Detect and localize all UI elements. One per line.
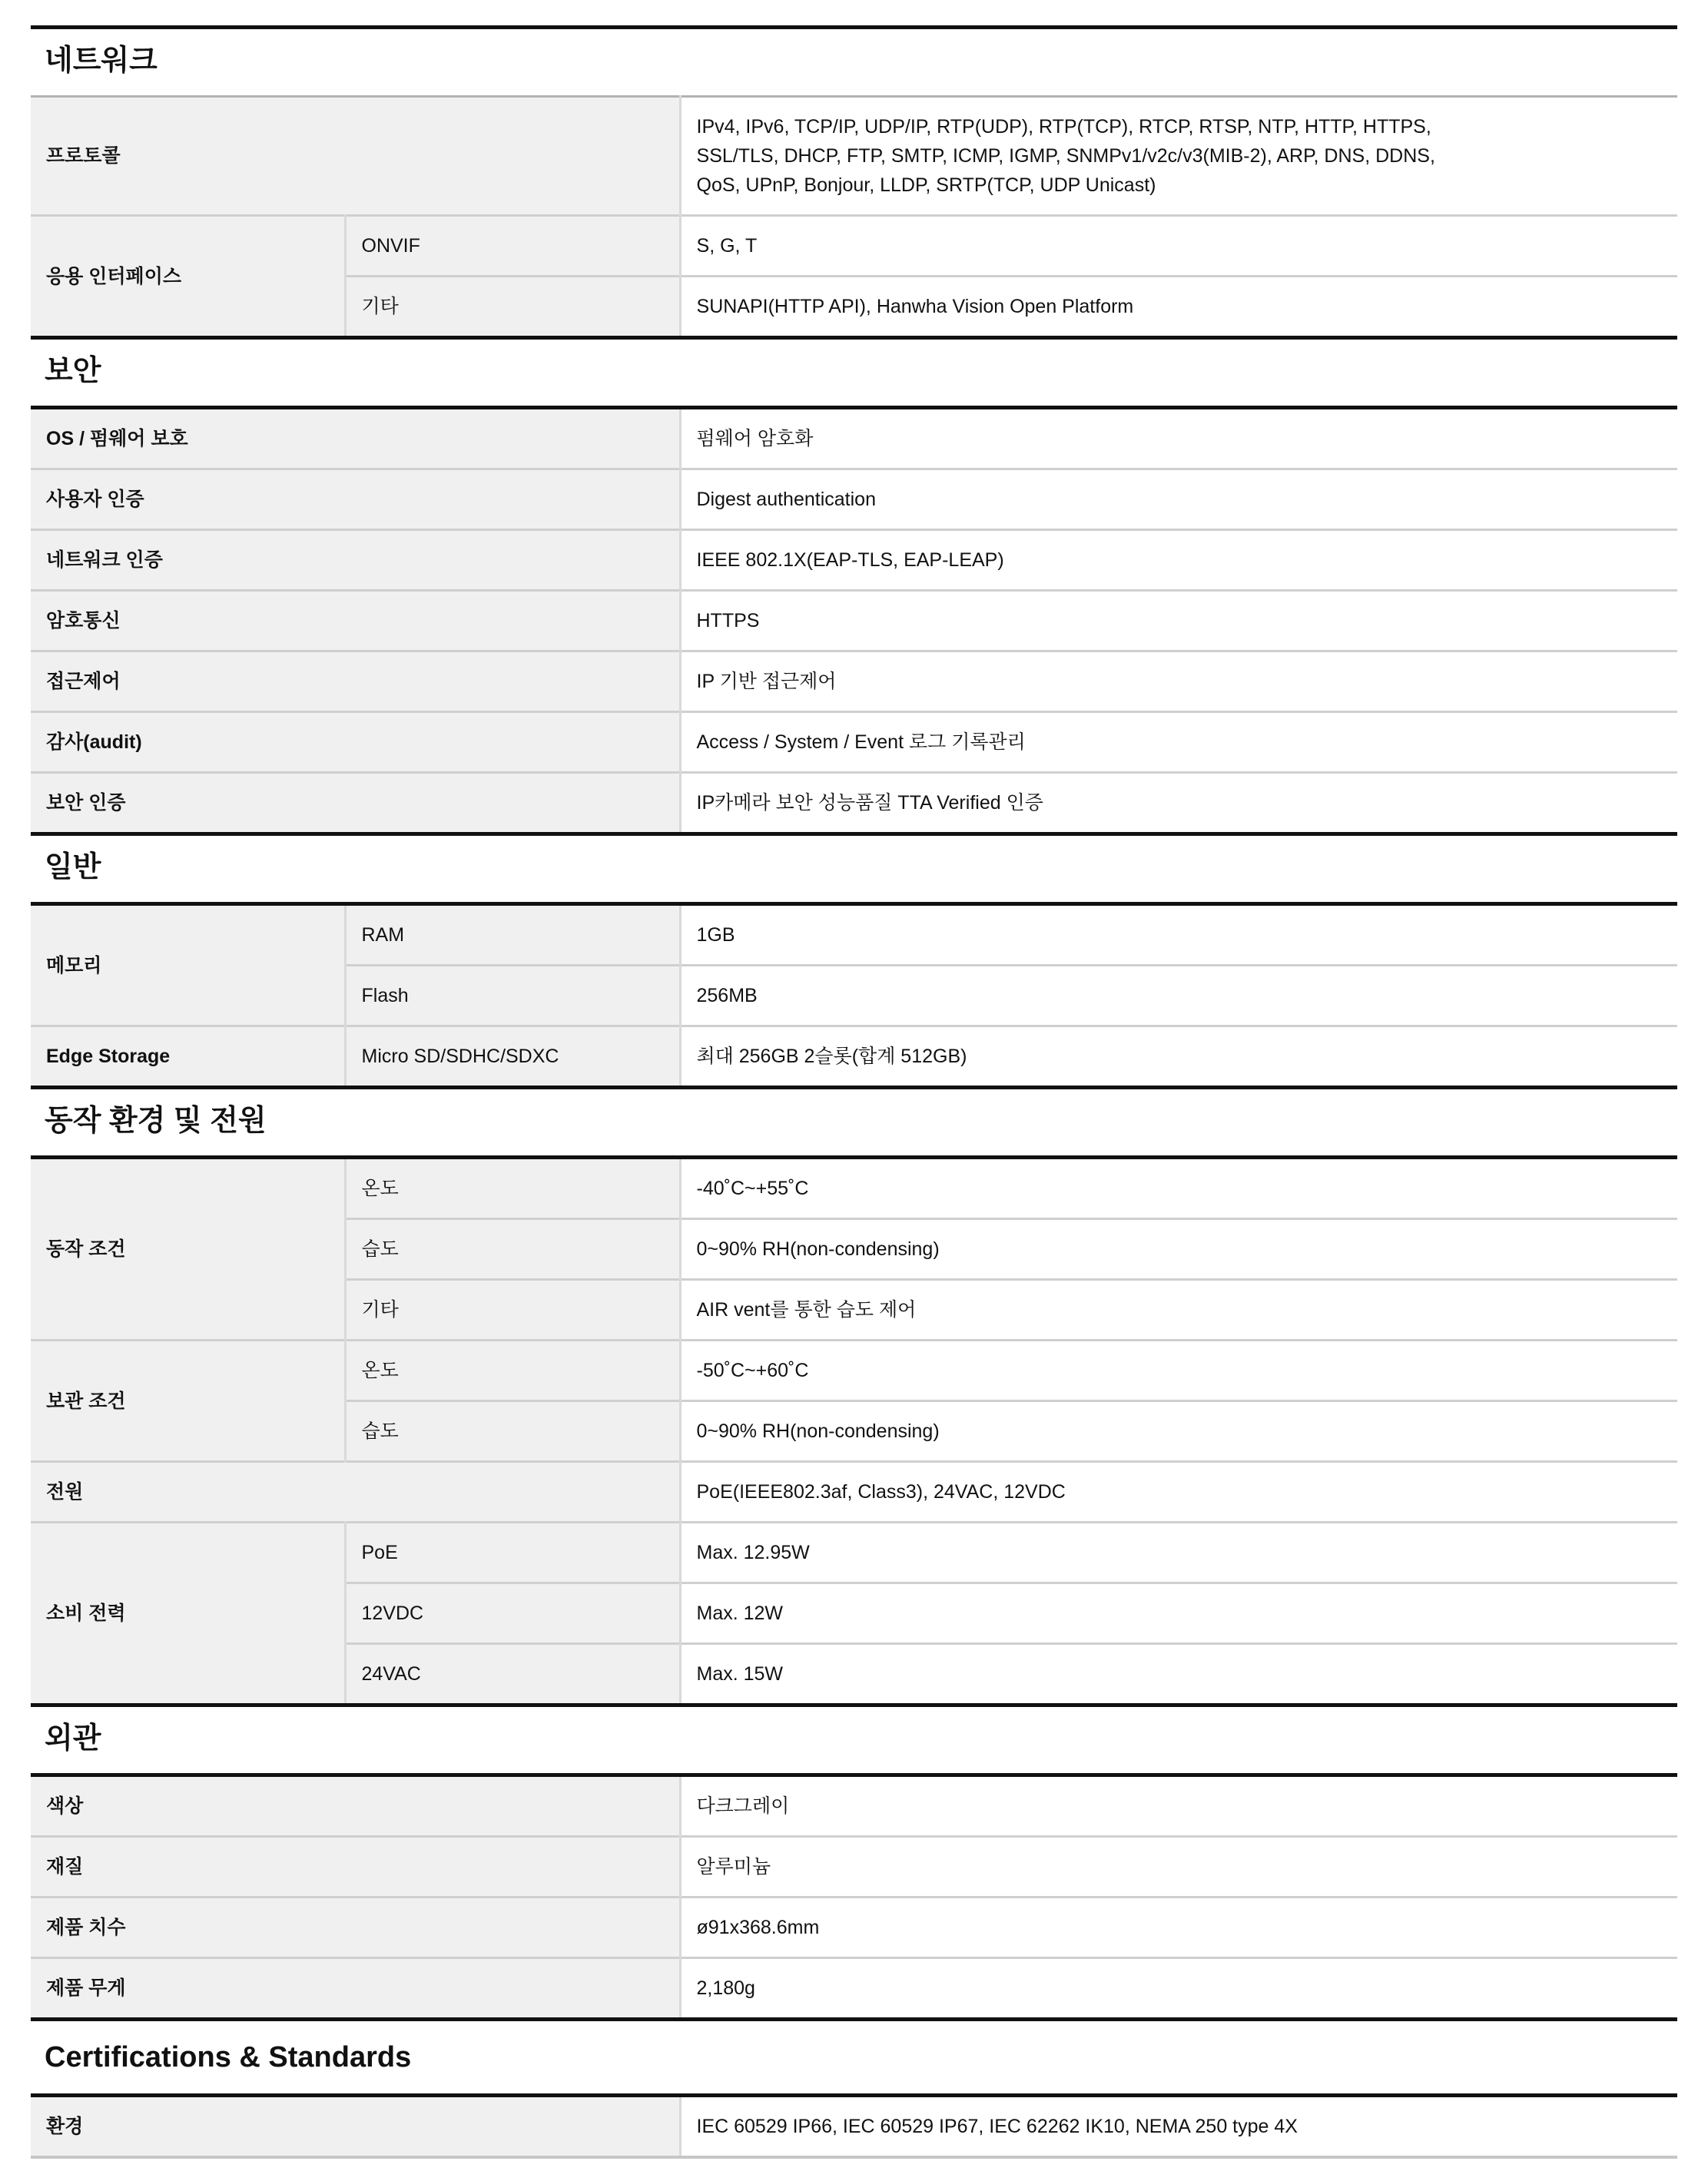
table-row: 소비 전력 PoE Max. 12.95W [31, 1523, 1677, 1583]
section-title-general: 일반 [31, 836, 1677, 902]
spec-value-cell: 0~90% RH(non-condensing) [680, 1219, 1677, 1280]
spec-value-cell: SUNAPI(HTTP API), Hanwha Vision Open Pla… [680, 277, 1677, 338]
spec-sheet-page: 네트워크 프로토콜 IPv4, IPv6, TCP/IP, UDP/IP, RT… [0, 0, 1708, 2159]
spec-sublabel-cell: 온도 [345, 1341, 680, 1401]
spec-label-cell: 제품 무게 [31, 1958, 680, 2020]
section-title-network: 네트워크 [31, 29, 1677, 95]
table-row: 동작 조건 온도 -40˚C~+55˚C [31, 1158, 1677, 1219]
spec-value-cell: S, G, T [680, 216, 1677, 277]
spec-sublabel-cell: 24VAC [345, 1644, 680, 1705]
spec-value-cell: IP 기반 접근제어 [680, 651, 1677, 712]
spec-value-cell: Max. 12.95W [680, 1523, 1677, 1583]
spec-sublabel-cell: 기타 [345, 1280, 680, 1341]
table-row: OS / 펌웨어 보호 펌웨어 암호화 [31, 408, 1677, 469]
table-row: 보안 인증 IP카메라 보안 성능품질 TTA Verified 인증 [31, 773, 1677, 834]
table-row: 메모리 RAM 1GB [31, 904, 1677, 966]
spec-sublabel-cell: ONVIF [345, 216, 680, 277]
spec-value-cell: Max. 12W [680, 1583, 1677, 1644]
spec-sublabel-cell: 습도 [345, 1219, 680, 1280]
spec-table-security: OS / 펌웨어 보호 펌웨어 암호화 사용자 인증 Digest authen… [31, 406, 1677, 836]
spec-label-cell: 환경 [31, 2096, 680, 2158]
spec-sublabel-cell: Micro SD/SDHC/SDXC [345, 1026, 680, 1088]
spec-value-cell: AIR vent를 통한 습도 제어 [680, 1280, 1677, 1341]
table-row: 재질 알루미늄 [31, 1837, 1677, 1898]
spec-label-cell: 암호통신 [31, 591, 680, 651]
table-row: 전원 PoE(IEEE802.3af, Class3), 24VAC, 12VD… [31, 1462, 1677, 1523]
section-title-security: 보안 [31, 340, 1677, 406]
spec-sublabel-cell: 온도 [345, 1158, 680, 1219]
spec-value-cell: 알루미늄 [680, 1837, 1677, 1898]
spec-sublabel-cell: 습도 [345, 1401, 680, 1462]
table-row: 접근제어 IP 기반 접근제어 [31, 651, 1677, 712]
table-row: 프로토콜 IPv4, IPv6, TCP/IP, UDP/IP, RTP(UDP… [31, 97, 1677, 216]
spec-value-cell: 2,180g [680, 1958, 1677, 2020]
spec-sublabel-cell: Flash [345, 966, 680, 1026]
spec-label-cell: OS / 펌웨어 보호 [31, 408, 680, 469]
spec-value-cell: ø91x368.6mm [680, 1898, 1677, 1958]
table-row: 감사(audit) Access / System / Event 로그 기록관… [31, 712, 1677, 773]
spec-label-cell: 동작 조건 [31, 1158, 345, 1341]
spec-sublabel-cell: RAM [345, 904, 680, 966]
spec-value-cell: 0~90% RH(non-condensing) [680, 1401, 1677, 1462]
spec-value-cell: Max. 15W [680, 1644, 1677, 1705]
table-row: 색상 다크그레이 [31, 1775, 1677, 1837]
spec-label-cell: 전원 [31, 1462, 680, 1523]
spec-table-environment-power: 동작 조건 온도 -40˚C~+55˚C 습도 0~90% RH(non-con… [31, 1155, 1677, 1707]
section-title-certifications: Certifications & Standards [31, 2021, 1677, 2093]
spec-value-cell: IEEE 802.1X(EAP-TLS, EAP-LEAP) [680, 530, 1677, 591]
table-row: 제품 치수 ø91x368.6mm [31, 1898, 1677, 1958]
spec-value-cell: HTTPS [680, 591, 1677, 651]
table-row: 제품 무게 2,180g [31, 1958, 1677, 2020]
spec-table-general: 메모리 RAM 1GB Flash 256MB Edge Storage Mic… [31, 902, 1677, 1089]
spec-label-cell: 제품 치수 [31, 1898, 680, 1958]
spec-sublabel-cell: 기타 [345, 277, 680, 338]
spec-label-cell: 재질 [31, 1837, 680, 1898]
table-row: Edge Storage Micro SD/SDHC/SDXC 최대 256GB… [31, 1026, 1677, 1088]
spec-label-cell: 사용자 인증 [31, 469, 680, 530]
spec-value-cell: -50˚C~+60˚C [680, 1341, 1677, 1401]
spec-label-cell: 응용 인터페이스 [31, 216, 345, 338]
spec-value-cell: Access / System / Event 로그 기록관리 [680, 712, 1677, 773]
spec-label-cell: 색상 [31, 1775, 680, 1837]
spec-value-cell: PoE(IEEE802.3af, Class3), 24VAC, 12VDC [680, 1462, 1677, 1523]
spec-label-cell: 감사(audit) [31, 712, 680, 773]
spec-value-cell: -40˚C~+55˚C [680, 1158, 1677, 1219]
spec-value-cell: 1GB [680, 904, 1677, 966]
table-row: 네트워크 인증 IEEE 802.1X(EAP-TLS, EAP-LEAP) [31, 530, 1677, 591]
section-title-appearance: 외관 [31, 1707, 1677, 1773]
table-row: 사용자 인증 Digest authentication [31, 469, 1677, 530]
spec-label-cell: 메모리 [31, 904, 345, 1026]
spec-value-cell: IEC 60529 IP66, IEC 60529 IP67, IEC 6226… [680, 2096, 1677, 2158]
spec-sublabel-cell: PoE [345, 1523, 680, 1583]
spec-value-cell: IP카메라 보안 성능품질 TTA Verified 인증 [680, 773, 1677, 834]
spec-table-network: 프로토콜 IPv4, IPv6, TCP/IP, UDP/IP, RTP(UDP… [31, 95, 1677, 340]
spec-label-cell: Edge Storage [31, 1026, 345, 1088]
spec-table-appearance: 색상 다크그레이 재질 알루미늄 제품 치수 ø91x368.6mm 제품 무게… [31, 1773, 1677, 2021]
table-row: 암호통신 HTTPS [31, 591, 1677, 651]
spec-label-cell: 네트워크 인증 [31, 530, 680, 591]
spec-value-cell: 다크그레이 [680, 1775, 1677, 1837]
spec-value-cell: 펌웨어 암호화 [680, 408, 1677, 469]
spec-value-cell: Digest authentication [680, 469, 1677, 530]
spec-label-cell: 소비 전력 [31, 1523, 345, 1705]
spec-label-cell: 보관 조건 [31, 1341, 345, 1462]
spec-label-cell: 접근제어 [31, 651, 680, 712]
spec-value-cell: 256MB [680, 966, 1677, 1026]
spec-value-cell: 최대 256GB 2슬롯(합계 512GB) [680, 1026, 1677, 1088]
spec-label-cell: 프로토콜 [31, 97, 680, 216]
table-row: 보관 조건 온도 -50˚C~+60˚C [31, 1341, 1677, 1401]
table-row: 응용 인터페이스 ONVIF S, G, T [31, 216, 1677, 277]
spec-table-certifications: 환경 IEC 60529 IP66, IEC 60529 IP67, IEC 6… [31, 2093, 1677, 2159]
spec-value-cell: IPv4, IPv6, TCP/IP, UDP/IP, RTP(UDP), RT… [680, 97, 1677, 216]
spec-label-cell: 보안 인증 [31, 773, 680, 834]
section-title-environment-power: 동작 환경 및 전원 [31, 1089, 1677, 1155]
spec-sublabel-cell: 12VDC [345, 1583, 680, 1644]
table-row: 환경 IEC 60529 IP66, IEC 60529 IP67, IEC 6… [31, 2096, 1677, 2158]
